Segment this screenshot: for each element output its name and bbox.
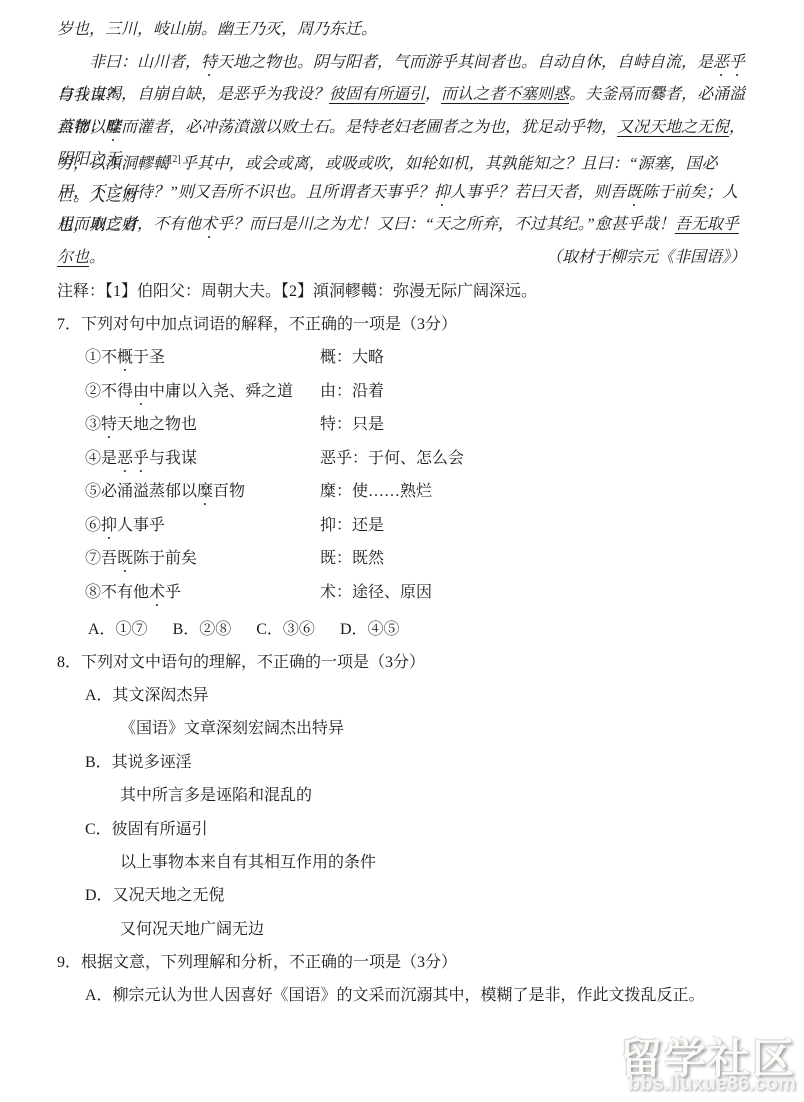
passage-line: 穷，以澒洞轇轕[2]乎其中，或会或离，或吸或吹，如轮如机，其孰能知之？且曰：“源… [57, 144, 746, 177]
underlined-phrase: 又况天地之无倪 [617, 119, 729, 136]
text-run: 人事乎 [117, 517, 165, 534]
text-run: ⑤必涌溢蒸郁以 [85, 483, 197, 500]
dotted-term: 术 [201, 216, 217, 233]
exam-page: 岁也，三川，岐山崩。幽王乃灭，周乃东迁。非曰：山川者，特天地之物也。阴与阳者，气… [0, 0, 804, 1102]
q7-item: ③特天地之物也特：只是 [57, 408, 746, 442]
q7-item-definition: 恶乎：于何、怎么会 [320, 442, 746, 476]
dotted-term: 恶乎 [713, 54, 745, 71]
text-run: ①不 [85, 349, 117, 366]
q7-item-definition: 糜：使……熟烂 [320, 475, 746, 509]
text-run: 与我谋 [149, 450, 197, 467]
text-run: ④是 [85, 450, 117, 467]
footnotes: 注释：【1】伯阳父：周朝大夫。【2】澒洞轇轕：弥漫无际广阔深远。 [57, 276, 746, 308]
text-run: 用，不亡何待？”则又吾所不识也。且所谓者天事乎？ [57, 184, 434, 201]
q8-option-explanation: 《国语》文章深刻宏阔杰出特异 [57, 712, 746, 745]
text-run: 穷，以澒洞轇轕 [57, 155, 169, 172]
dotted-term: 概 [117, 349, 133, 366]
passage-line: 用而取亡者，不有他术乎？而曰是川之为尤！又曰：“天之所弃，不过其纪。”愈甚乎哉！… [57, 209, 746, 242]
q7-item: ④是恶乎与我谋恶乎：于何、怎么会 [57, 442, 746, 476]
dotted-term: 糜 [197, 483, 213, 500]
q7-item: ⑥抑人事乎抑：还是 [57, 509, 746, 543]
q8-option-label: B．其说多诬淫 [57, 746, 746, 779]
q7-item: ⑧不有他术乎术：途径、原因 [57, 576, 746, 610]
text-run: 天地之物也。阴与阳者，气而游乎其间者也。自动自休，自峙自流，是 [217, 54, 713, 71]
passage-text: 岁也，三川，岐山崩。幽王乃灭，周乃东迁。非曰：山川者，特天地之物也。阴与阳者，气… [57, 14, 746, 242]
q7-item-phrase: ⑤必涌溢蒸郁以糜百物 [85, 475, 320, 509]
text-run: 乎？而曰是川之为尤！又曰：“天之所弃，不过其纪。”愈甚乎哉！ [217, 216, 675, 233]
passage-line: 岁也，三川，岐山崩。幽王乃灭，周乃东迁。 [57, 14, 746, 47]
q7-item-phrase: ③特天地之物也 [85, 408, 320, 442]
dotted-term: 术 [149, 584, 165, 601]
text-run: 百物 [213, 483, 245, 500]
q9-options: A．柳宗元认为世人因喜好《国语》的文采而沉溺其中，模糊了是非，作此文拨乱反正。 [57, 979, 746, 1012]
text-run: 中庸以入尧、舜之道 [149, 383, 293, 400]
question-9-stem: 9．根据文意，下列理解和分析，不正确的一项是（3分） [57, 946, 746, 979]
footnote-ref: [2] [169, 154, 181, 165]
q8-options: A．其文深闳杰异《国语》文章深刻宏阔杰出特异B．其说多诬淫其中所言多是诬陷和混乱… [57, 679, 746, 946]
q7-item-definition: 特：只是 [320, 408, 746, 442]
text-run: ， [425, 86, 441, 103]
text-run: 自斗自竭，自崩自缺，是恶乎为我设？ [57, 86, 329, 103]
q7-choice: A．①⑦ [88, 613, 148, 646]
q7-choice: C．③⑥ [256, 613, 315, 646]
q7-item-definition: 抑：还是 [320, 509, 746, 543]
q7-item-phrase: ⑧不有他术乎 [85, 576, 320, 610]
text-run: ②不得 [85, 383, 133, 400]
q8-option-explanation: 又何况天地广阔无边 [57, 913, 746, 946]
text-run: 。 [89, 249, 105, 266]
text-run: 乎 [165, 584, 181, 601]
text-run: 天地之物也 [117, 416, 197, 433]
text-run: 陈于前矣 [133, 550, 197, 567]
passage-line: 非曰：山川者，特天地之物也。阴与阳者，气而游乎其间者也。自动自休，自峙自流，是恶… [57, 47, 746, 80]
text-run: 非曰：山川者， [89, 54, 201, 71]
q8-option-explanation: 以上事物本来自有其相互作用的条件 [57, 846, 746, 879]
passage-line: 用，不亡何待？”则又吾所不识也。且所谓者天事乎？抑人事乎？若曰天者，则吾既陈于前… [57, 177, 746, 210]
dotted-term: 抑 [434, 184, 450, 201]
q8-option-label: D．又况天地之无倪 [57, 879, 746, 912]
q7-choices: A．①⑦B．②⑧C．③⑥D．④⑤ [57, 613, 746, 646]
q8-option-explanation: 其中所言多是诬陷和混乱的 [57, 779, 746, 812]
text-run: 人事乎？若曰天者，则吾 [450, 184, 626, 201]
q7-item-definition: 术：途径、原因 [320, 576, 746, 610]
dotted-term: 特 [201, 54, 217, 71]
q7-item-phrase: ④是恶乎与我谋 [85, 442, 320, 476]
q7-item: ①不概于圣概：大略 [57, 341, 746, 375]
q7-item-phrase: ②不得由中庸以入尧、舜之道 [85, 375, 320, 409]
q7-choice: B．②⑧ [173, 613, 232, 646]
underlined-phrase: 而认之者不塞则惑 [441, 86, 569, 103]
q7-item-definition: 概：大略 [320, 341, 746, 375]
text-run: 于圣 [133, 349, 165, 366]
q7-item: ②不得由中庸以入尧、舜之道由：沿着 [57, 375, 746, 409]
q8-option-label: A．其文深闳杰异 [57, 679, 746, 712]
dotted-term: 既 [626, 184, 642, 201]
q8-option-label: C．彼固有所逼引 [57, 813, 746, 846]
dotted-term: 恶乎 [117, 450, 149, 467]
passage-line: 百物；畦而灌者，必冲荡濆激以败土石。是特老妇老圃者之为也，犹足动乎物，又况天地之… [57, 112, 746, 145]
passage-line: 自斗自竭，自崩自缺，是恶乎为我设？彼固有所逼引，而认之者不塞则惑。夫釜鬲而爨者，… [57, 79, 746, 112]
text-run: ⑧不有他 [85, 584, 149, 601]
q7-item: ⑦吾既陈于前矣既：既然 [57, 542, 746, 576]
q9-option-label: A．柳宗元认为世人因喜好《国语》的文采而沉溺其中，模糊了是非，作此文拨乱反正。 [57, 979, 746, 1012]
dotted-term: 特 [101, 416, 117, 433]
dotted-term: 既 [117, 550, 133, 567]
question-7-stem: 7．下列对句中加点词语的解释，不正确的一项是（3分） [57, 308, 746, 341]
source-attribution: （取材于柳宗元《非国语》） [57, 242, 746, 275]
watermark-url: bbs.liuxue86.com [620, 1074, 796, 1094]
text-run: ⑦吾 [85, 550, 117, 567]
q7-choice: D．④⑤ [340, 613, 400, 646]
q7-item-definition: 由：沿着 [320, 375, 746, 409]
q7-item-definition: 既：既然 [320, 542, 746, 576]
q7-items: ①不概于圣概：大略②不得由中庸以入尧、舜之道由：沿着③特天地之物也特：只是④是恶… [57, 341, 746, 609]
text-run: 用而取亡者，不有他 [57, 216, 201, 233]
q7-item-phrase: ⑥抑人事乎 [85, 509, 320, 543]
q7-item-phrase: ①不概于圣 [85, 341, 320, 375]
text-run: 百物；畦而灌者，必冲荡濆激以败土石。是特老妇老圃者之为也，犹足动乎物， [57, 119, 617, 136]
q7-item-phrase: ⑦吾既陈于前矣 [85, 542, 320, 576]
underlined-phrase: 彼固有所逼引 [329, 86, 425, 103]
text-run: ⑥ [85, 517, 101, 534]
text-run: ③ [85, 416, 101, 433]
q7-item: ⑤必涌溢蒸郁以糜百物糜：使……熟烂 [57, 475, 746, 509]
question-8-stem: 8．下列对文中语句的理解，不正确的一项是（3分） [57, 646, 746, 679]
dotted-term: 抑 [101, 517, 117, 534]
watermark: 留学社区 bbs.liuxue86.com [620, 1038, 796, 1094]
dotted-term: 由 [133, 383, 149, 400]
text-run: 岁也，三川，岐山崩。幽王乃灭，周乃东迁。 [57, 21, 377, 38]
